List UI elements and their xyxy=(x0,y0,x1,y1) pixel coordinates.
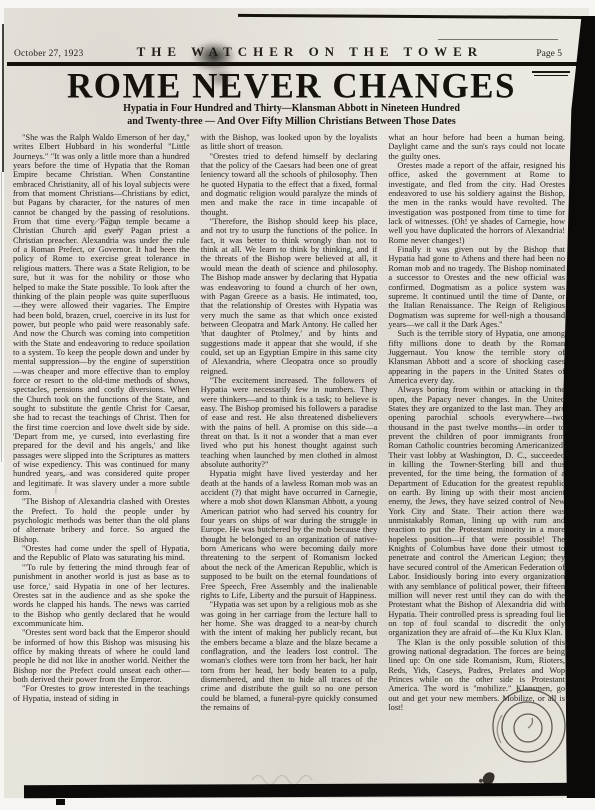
paragraph: "The Bishop of Alexandria clashed with O… xyxy=(13,497,190,544)
paragraph: Finally it was given out by the Bishop t… xyxy=(388,245,565,329)
paragraph: "Orestes tried to defend himself by decl… xyxy=(201,152,378,217)
subhead-line-1: Hypatia in Four Hundred and Thirty—Klans… xyxy=(0,102,583,115)
article-headline: ROME NEVER CHANGES xyxy=(0,65,583,107)
masthead: October 27, 1923 THE WATCHER ON THE TOWE… xyxy=(14,44,562,60)
paragraph: "For Orestes to grow interested in the t… xyxy=(13,684,190,703)
paragraph: "Orestes had come under the spell of Hyp… xyxy=(13,544,190,563)
paragraph: "Therefore, the Bishop should keep his p… xyxy=(201,217,378,376)
scan-edge-bottom xyxy=(24,783,590,798)
paragraph: "'To rule by fettering the mind through … xyxy=(13,563,190,628)
pencil-mark xyxy=(52,468,92,498)
paragraph: with the Bishop, was looked upon by the … xyxy=(201,133,378,152)
subhead-line-2: and Twenty-three — And Over Fifty Millio… xyxy=(0,115,583,128)
paragraph: Orestes made a report of the affair, res… xyxy=(388,161,565,245)
column-2: with the Bishop, was looked upon by the … xyxy=(201,133,378,785)
masthead-top-rule xyxy=(438,39,558,40)
paragraph: what an hour before had been a human bei… xyxy=(388,133,565,161)
issue-date: October 27, 1923 xyxy=(14,49,83,59)
pencil-mark xyxy=(84,210,134,242)
embossed-seal-icon xyxy=(487,685,571,769)
article-subhead: Hypatia in Four Hundred and Thirty—Klans… xyxy=(0,102,583,128)
scan-edge-left xyxy=(2,24,4,172)
ink-smudge xyxy=(206,68,234,88)
paragraph: "Orestes sent word back that the Emperor… xyxy=(13,628,190,684)
scan-edge-mark xyxy=(56,799,65,805)
newspaper-title: THE WATCHER ON THE TOWER xyxy=(137,44,484,60)
paragraph: Such is the terrible story of Hypatia, o… xyxy=(388,329,565,385)
paragraph: "Hypatia was set upon by a religious mob… xyxy=(201,600,378,712)
newspaper-scan: October 27, 1923 THE WATCHER ON THE TOWE… xyxy=(0,0,595,810)
paragraph: Hypatia might have lived yesterday and h… xyxy=(201,469,378,600)
page-number: Page 5 xyxy=(536,49,562,59)
paragraph: Always boring from within or attacking i… xyxy=(388,385,565,637)
scan-edge-left xyxy=(1,172,2,462)
paragraph: "She was the Ralph Waldo Emerson of her … xyxy=(13,133,190,497)
paragraph: "The excitement increased. The followers… xyxy=(201,376,378,469)
